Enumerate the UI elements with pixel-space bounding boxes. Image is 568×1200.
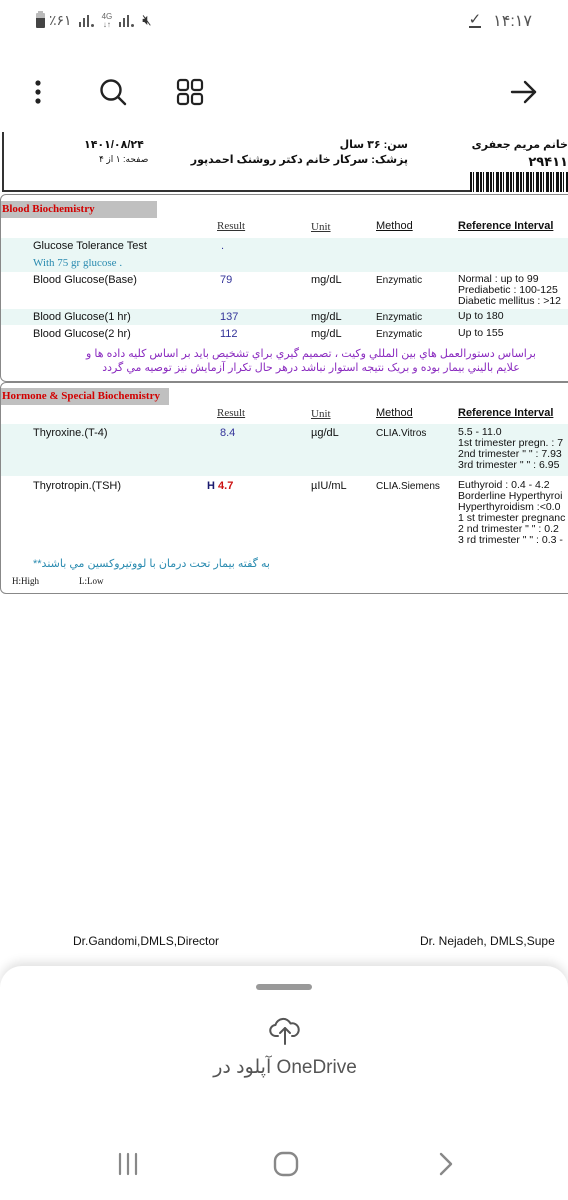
test-result: 112 bbox=[220, 328, 238, 340]
signature-supervisor: Dr. Nejadeh, DMLS,Supe bbox=[420, 934, 555, 948]
test-result: 8.4 bbox=[220, 427, 235, 439]
test-reference: Normal : up to 99 Prediabetic : 100-125 … bbox=[458, 274, 561, 307]
test-name: Thyrotropin.(TSH) bbox=[33, 480, 121, 492]
battery-percent: ٪۶۱ bbox=[49, 12, 72, 29]
column-header-reference: Reference Interval bbox=[458, 220, 553, 232]
legend-low: L:Low bbox=[79, 576, 104, 586]
report-date: ۱۴۰۱/۰۸/۲۴ bbox=[84, 138, 144, 151]
test-method: Enzymatic bbox=[376, 275, 422, 287]
cloud-upload-icon bbox=[269, 1016, 301, 1046]
column-header-method: Method bbox=[376, 407, 413, 419]
arrow-forward-icon[interactable] bbox=[506, 74, 542, 110]
test-unit: µIU/mL bbox=[311, 480, 347, 492]
test-name: Blood Glucose(1 hr) bbox=[33, 311, 131, 323]
viewer-toolbar bbox=[0, 64, 568, 120]
system-nav-bar bbox=[0, 1130, 568, 1200]
test-unit: mg/dL bbox=[311, 328, 342, 340]
section-blood-biochemistry: Blood Biochemistry Result Unit Method Re… bbox=[0, 194, 568, 382]
high-flag: H bbox=[207, 480, 215, 492]
result-value: 4.7 bbox=[218, 480, 233, 492]
clock: ۱۴:۱۷ bbox=[493, 11, 532, 31]
treatment-note: به گفته بيمار تحت درمان با لووتيروکسين م… bbox=[33, 557, 270, 570]
test-method: Enzymatic bbox=[376, 312, 422, 324]
status-bar: ٪۶۱ 4G↓↑ 🔇︎ ✓ ۱۴:۱۷ bbox=[0, 0, 568, 46]
signal-icon bbox=[119, 15, 134, 27]
signature-director: Dr.Gandomi,DMLS,Director bbox=[73, 934, 219, 948]
test-reference: Up to 180 bbox=[458, 311, 504, 322]
drag-handle[interactable] bbox=[256, 984, 312, 990]
page-number: صفحه: ۱ از ۴ bbox=[99, 154, 148, 165]
upload-label: آپلود در OneDrive bbox=[213, 1056, 357, 1079]
mute-icon: 🔇︎ bbox=[142, 12, 151, 29]
back-icon[interactable] bbox=[424, 1144, 468, 1184]
column-header-method: Method bbox=[376, 220, 413, 232]
test-reference: Euthyroid : 0.4 - 4.2 Borderline Hyperth… bbox=[458, 480, 565, 546]
barcode bbox=[470, 172, 568, 192]
column-header-result: Result bbox=[217, 407, 245, 419]
test-name: Blood Glucose(2 hr) bbox=[33, 328, 131, 340]
physician: پزشک: سرکار خانم دکتر روشنک احمدپور bbox=[191, 153, 408, 166]
section-title: Hormone & Special Biochemistry bbox=[1, 388, 169, 405]
test-unit: µg/dL bbox=[311, 427, 339, 439]
download-done-icon: ✓ bbox=[469, 14, 482, 28]
signal-icon bbox=[79, 15, 94, 27]
test-note: With 75 gr glucose . bbox=[33, 257, 122, 269]
column-header-reference: Reference Interval bbox=[458, 407, 553, 419]
test-result: H 4.7 bbox=[207, 480, 233, 492]
patient-id: ۲۹۴۱۱ bbox=[528, 154, 568, 170]
legend-high: H:High bbox=[12, 576, 39, 586]
grid-view-icon[interactable] bbox=[172, 74, 208, 110]
column-header-unit: Unit bbox=[311, 221, 331, 233]
battery-icon bbox=[36, 13, 45, 28]
recents-icon[interactable] bbox=[106, 1144, 150, 1184]
upload-onedrive-button[interactable]: آپلود در OneDrive bbox=[160, 1016, 410, 1096]
test-reference: Up to 155 bbox=[458, 328, 504, 339]
patient-name: خانم مریم جعفری bbox=[472, 138, 568, 151]
column-header-result: Result bbox=[217, 220, 245, 232]
column-header-unit: Unit bbox=[311, 408, 331, 420]
test-name: Blood Glucose(Base) bbox=[33, 274, 137, 286]
test-unit: mg/dL bbox=[311, 311, 342, 323]
test-result: 137 bbox=[220, 311, 238, 323]
test-result: 79 bbox=[220, 274, 232, 286]
section-hormone-special-biochemistry: Hormone & Special Biochemistry Result Un… bbox=[0, 382, 568, 594]
test-reference: 5.5 - 11.0 1st trimester pregn. : 7 2nd … bbox=[458, 427, 563, 471]
home-icon[interactable] bbox=[264, 1144, 308, 1184]
pdf-page[interactable]: خانم مریم جعفری ۲۹۴۱۱ سن: ۳۶ سال پزشک: س… bbox=[0, 132, 568, 962]
patient-age: سن: ۳۶ سال bbox=[340, 138, 408, 151]
test-result: . bbox=[221, 240, 224, 252]
test-method: CLIA.Vitros bbox=[376, 428, 426, 440]
test-unit: mg/dL bbox=[311, 274, 342, 286]
search-icon[interactable] bbox=[95, 74, 131, 110]
more-vert-icon[interactable] bbox=[20, 74, 56, 110]
test-method: CLIA.Siemens bbox=[376, 481, 440, 493]
4g-icon: 4G↓↑ bbox=[102, 13, 113, 29]
test-method: Enzymatic bbox=[376, 329, 422, 341]
guideline-note: براساس دستورالعمل هاي بين المللي وکيت ، … bbox=[61, 347, 561, 375]
report-header: خانم مریم جعفری ۲۹۴۱۱ سن: ۳۶ سال پزشک: س… bbox=[2, 132, 568, 192]
test-name: Glucose Tolerance Test bbox=[33, 240, 147, 252]
section-title: Blood Biochemistry bbox=[1, 201, 157, 218]
test-name: Thyroxine.(T-4) bbox=[33, 427, 108, 439]
